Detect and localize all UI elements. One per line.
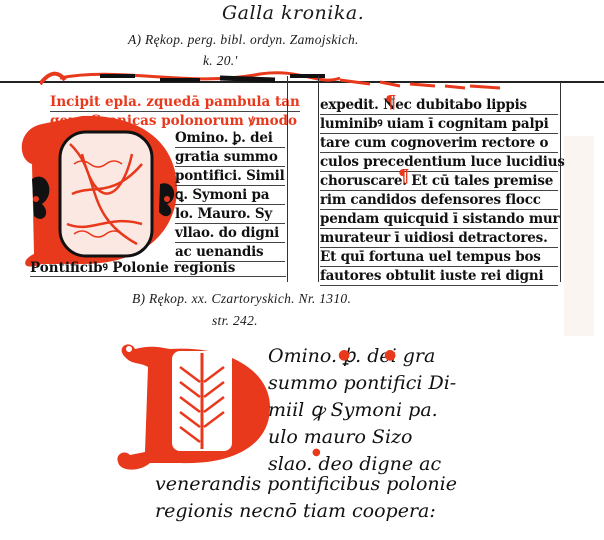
- caption-b-page: str. 242.: [212, 313, 258, 329]
- ms-line: culos precedentium luce lucidius: [320, 153, 558, 172]
- red-dot: ●: [312, 447, 321, 458]
- ms-line: pontifici. Simil: [175, 167, 285, 186]
- ms-line: fautores obtulit iuste rei digni: [320, 267, 558, 286]
- ms-line: pendam quicquid ī sistando mur: [320, 210, 558, 229]
- script-line: regionis necnō tiam coopera:: [155, 498, 457, 525]
- script-full-block: venerandis pontificibus polonie regionis…: [155, 471, 457, 525]
- script-right-block: Omino. ꝧ. dei gra summo pontifici Di- mi…: [268, 343, 456, 478]
- red-paragraph-mark: ¶: [385, 92, 396, 113]
- column-divider: [287, 76, 288, 282]
- column-left-last-line: Pontificibꝰ Polonie regionis: [30, 258, 286, 277]
- caption-a: A) Rękop. perg. bibl. ordyn. Zamojskich.: [128, 32, 359, 48]
- red-flourish-border: [40, 66, 510, 94]
- ms-line: gratia summo: [175, 148, 285, 167]
- ms-line: luminibꝰ uiam ī cognitam palpi: [320, 115, 558, 134]
- ms-line: tare cum cognoverim rectore o: [320, 134, 558, 153]
- script-line: summo pontifici Di-: [268, 370, 456, 397]
- ms-line: murateur ī uidiosi detractores.: [320, 229, 558, 248]
- ms-line: vllao. do digni: [175, 224, 285, 243]
- script-line: venerandis pontificibus polonie: [155, 471, 457, 498]
- manuscript-b: Omino. ꝧ. dei gra summo pontifici Di- mi…: [0, 335, 604, 540]
- script-line: Omino. ꝧ. dei gra: [268, 343, 456, 370]
- script-line: miil ꝙ Symoni pa.: [268, 397, 456, 424]
- column-rule-right: [560, 82, 561, 282]
- caption-b: B) Rękop. xx. Czartoryskich. Nr. 1310.: [132, 291, 351, 307]
- ms-line: lo. Mauro. Sy: [175, 205, 285, 224]
- ms-line: choruscare. Et cū tales premise: [320, 172, 558, 191]
- page-title: Galla kronika.: [222, 2, 364, 24]
- ms-line: rim candidos defensores flocc: [320, 191, 558, 210]
- column-rule-left: [318, 76, 319, 282]
- paper-stain: [564, 136, 594, 336]
- column-right-text: expedit. Nec dubitabo lippis luminibꝰ ui…: [320, 96, 558, 286]
- ms-line: Et quī fortuna uel tempus bos: [320, 248, 558, 267]
- red-initial-d: [110, 337, 275, 477]
- red-dot: ●: [384, 347, 396, 363]
- red-dot: ●: [338, 347, 350, 363]
- illuminated-initial-d: [12, 104, 182, 274]
- ms-line: Omino. ꝧ. dei: [175, 129, 285, 148]
- column-left-text: Omino. ꝧ. dei gratia summo pontifici. Si…: [175, 129, 285, 262]
- manuscript-a: Incipit epla. zquedā pambula tan gens Cr…: [0, 66, 604, 291]
- ms-line: ꝗ. Symoni pa: [175, 186, 285, 205]
- red-paragraph-mark: ¶: [398, 166, 409, 187]
- ms-line: expedit. Nec dubitabo lippis: [320, 96, 558, 115]
- script-line: ulo mauro Sizo: [268, 424, 456, 451]
